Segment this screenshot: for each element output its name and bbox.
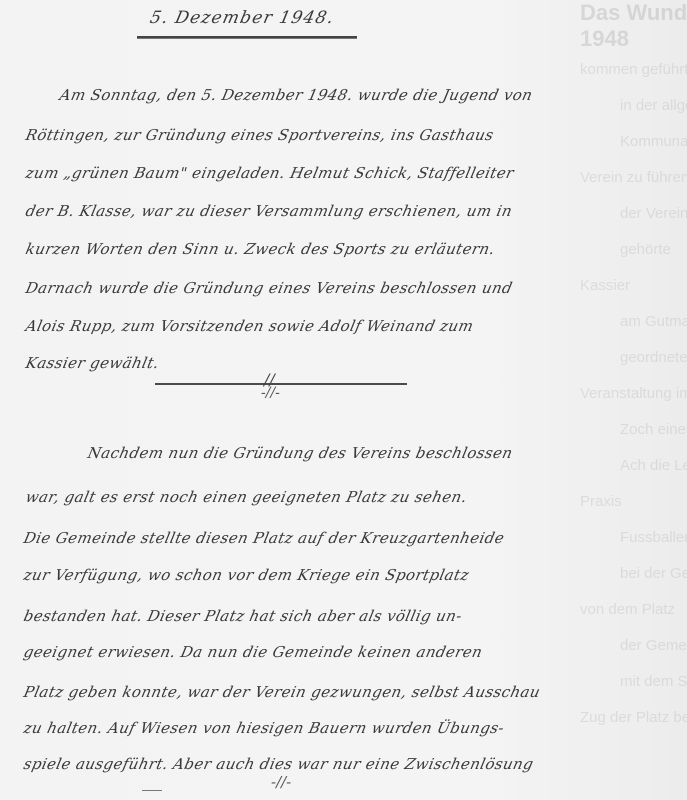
bleed-line: am Gutmann xyxy=(520,304,687,340)
bleed-line: Ach die Leute bestellten xyxy=(520,448,687,484)
handwritten-line: geeignet erwiesen. Da nun die Gemeinde k… xyxy=(22,643,484,661)
bleed-line: geordneter Verein xyxy=(520,340,687,376)
bleed-line: Praxis xyxy=(520,484,687,520)
separator-mark: -//- xyxy=(261,385,280,401)
handwritten-line: Röttingen, zur Gründung eines Sportverei… xyxy=(24,126,495,144)
title-underline xyxy=(137,36,357,39)
footer-mark: -//- xyxy=(271,773,291,791)
bleed-line: gehörte xyxy=(520,232,687,268)
handwritten-line: war, galt es erst noch einen geeigneten … xyxy=(24,488,469,506)
bleed-line: Verein zu führen xyxy=(520,160,687,196)
handwritten-line: der B. Klasse, war zu dieser Versammlung… xyxy=(24,202,514,220)
handwritten-line: Alois Rupp, zum Vorsitzenden sowie Adolf… xyxy=(24,317,475,335)
section-separator xyxy=(155,383,407,385)
bleed-line: Veranstaltung im Saal xyxy=(520,376,687,412)
handwritten-line: zu halten. Auf Wiesen von hiesigen Bauer… xyxy=(22,719,506,737)
bleed-line: mit dem Sportplatz xyxy=(520,664,687,700)
bleed-line: Kommunalverwaltung xyxy=(520,124,687,160)
bleed-line: Fussballer xyxy=(520,520,687,556)
handwritten-line: bestanden hat. Dieser Platz hat sich abe… xyxy=(22,607,464,625)
bleed-line: in der allgemeinen xyxy=(520,88,687,124)
document-title: 5. Dezember 1948. xyxy=(148,8,336,28)
bleed-subtitle: 1948 xyxy=(500,26,687,52)
handwritten-line: kurzen Worten den Sinn u. Zweck des Spor… xyxy=(24,240,497,258)
footer-dash xyxy=(142,790,162,791)
scanned-page: Das Wunder im Tannengrund 1948 kommen ge… xyxy=(0,0,687,800)
bleed-line: Zoch einen Faschingsball xyxy=(520,412,687,448)
bleed-line: der Verein xyxy=(520,196,687,232)
bleed-lines: kommen geführtin der allgemeinenKommunal… xyxy=(440,52,687,736)
bleed-line: Kassier xyxy=(520,268,687,304)
handwritten-line: Darnach wurde die Gründung eines Vereins… xyxy=(24,279,514,297)
handwritten-line: Platz geben konnte, war der Verein gezwu… xyxy=(22,683,542,701)
handwritten-line: Am Sonntag, den 5. Dezember 1948. wurde … xyxy=(58,86,534,104)
handwritten-line: zur Verfügung, wo schon vor dem Kriege e… xyxy=(22,566,471,584)
bleed-line: der Gemeinde xyxy=(520,628,687,664)
handwritten-line: zum „grünen Baum" eingeladen. Helmut Sch… xyxy=(24,164,516,182)
handwritten-line: spiele ausgeführt. Aber auch dies war nu… xyxy=(22,755,535,773)
bleed-through-text: Das Wunder im Tannengrund 1948 kommen ge… xyxy=(440,0,687,800)
bleed-title: Das Wunder im Tannengrund xyxy=(500,0,687,26)
handwritten-line: Kassier gewählt. xyxy=(24,354,161,372)
handwritten-line: Die Gemeinde stellte diesen Platz auf de… xyxy=(22,529,506,547)
bleed-line: Zug der Platz bereit xyxy=(520,700,687,736)
bleed-line: kommen geführt xyxy=(520,52,687,88)
bleed-line: von dem Platz xyxy=(520,592,687,628)
handwritten-line: Nachdem nun die Gründung des Vereins bes… xyxy=(86,444,514,462)
bleed-line: bei der Gemeinde xyxy=(520,556,687,592)
